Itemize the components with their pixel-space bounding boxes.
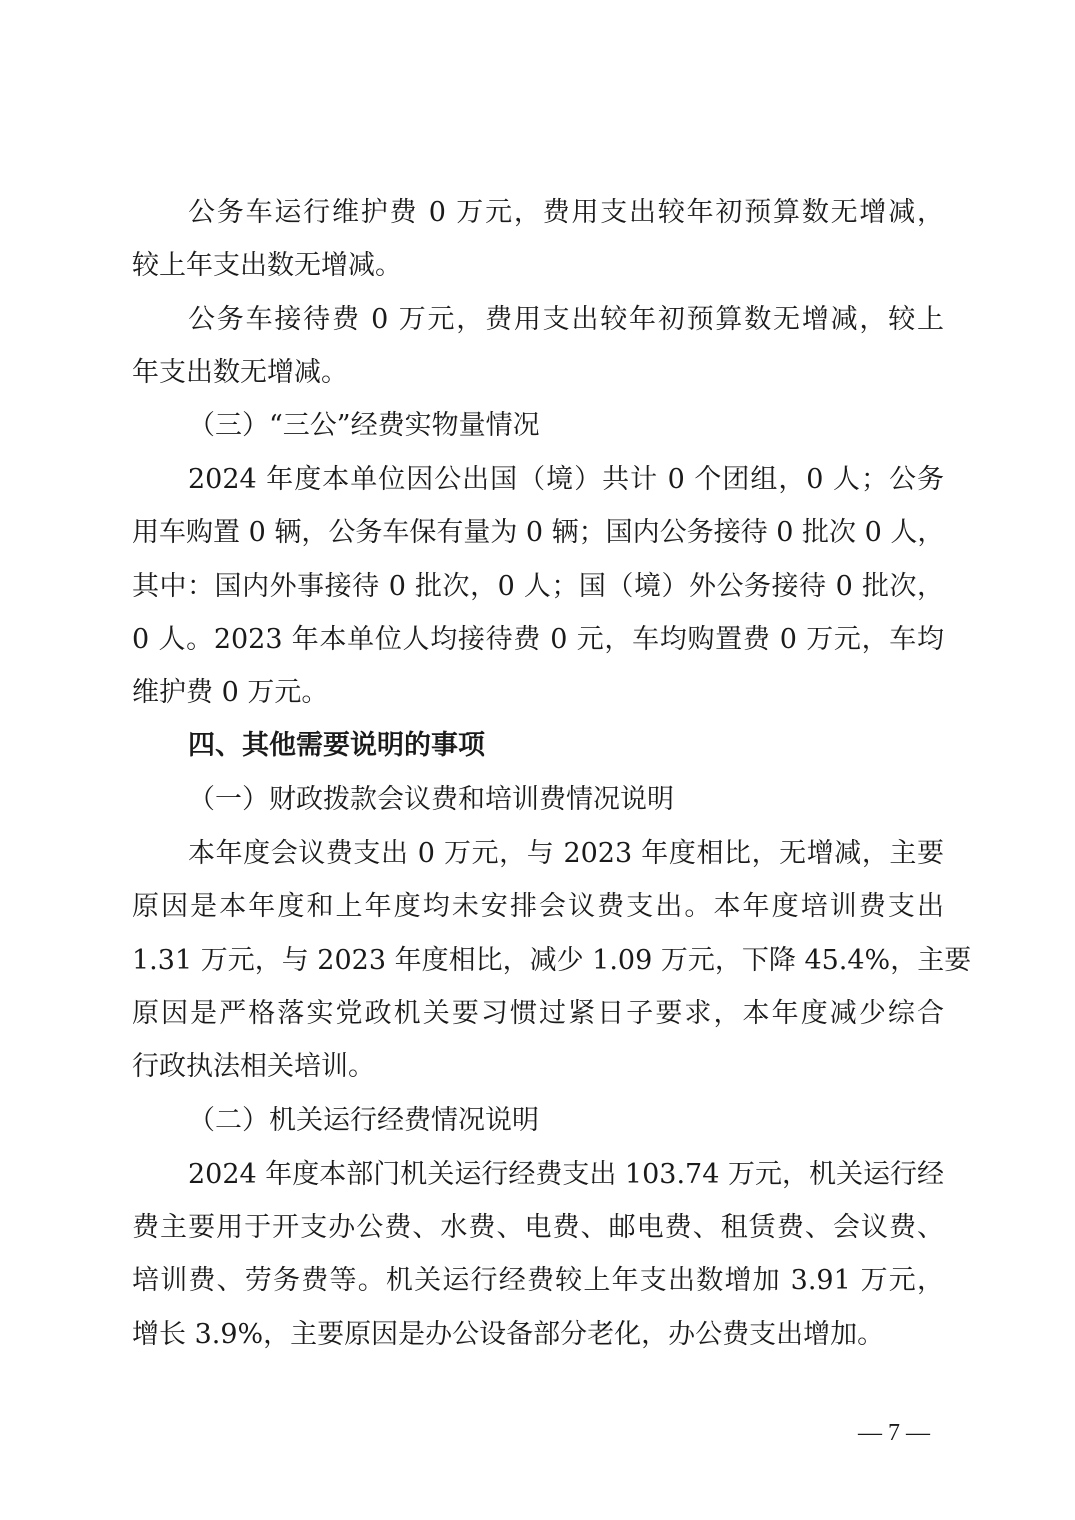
- paragraph-operating-costs-line-2: 费主要用于开支办公费、水费、电费、邮电费、租赁费、会议费、: [132, 1210, 944, 1246]
- page-number: — 7 —: [858, 1418, 930, 1448]
- paragraph-meeting-training-line-2: 原因是本年度和上年度均未安排会议费支出。本年度培训费支出: [132, 889, 944, 925]
- paragraph-physical-quantity-line-5: 维护费 0 万元。: [132, 675, 944, 711]
- paragraph-meeting-training-line-4: 原因是严格落实党政机关要习惯过紧日子要求，本年度减少综合: [132, 996, 944, 1032]
- paragraph-physical-quantity-line-1: 2024 年度本单位因公出国（境）共计 0 个团组，0 人；公务: [188, 462, 944, 498]
- document-page: 公务车运行维护费 0 万元，费用支出较年初预算数无增减， 较上年支出数无增减。 …: [0, 0, 1075, 1520]
- paragraph-meeting-training-line-3: 1.31 万元，与 2023 年度相比，减少 1.09 万元，下降 45.4%，…: [132, 943, 944, 979]
- paragraph-vehicle-reception-line-1: 公务车接待费 0 万元，费用支出较年初预算数无增减，较上: [188, 302, 944, 338]
- paragraph-vehicle-maintenance-line-2: 较上年支出数无增减。: [132, 248, 944, 284]
- subheading-three-public-physical: （三）“三公”经费实物量情况: [188, 408, 944, 444]
- paragraph-operating-costs-line-4: 增长 3.9%，主要原因是办公设备部分老化，办公费支出增加。: [132, 1317, 944, 1353]
- paragraph-operating-costs-line-1: 2024 年度本部门机关运行经费支出 103.74 万元，机关运行经: [188, 1157, 944, 1193]
- paragraph-operating-costs-line-3: 培训费、劳务费等。机关运行经费较上年支出数增加 3.91 万元，: [132, 1263, 944, 1299]
- paragraph-physical-quantity-line-4: 0 人。2023 年本单位人均接待费 0 元，车均购置费 0 万元，车均: [132, 622, 944, 658]
- paragraph-physical-quantity-line-2: 用车购置 0 辆，公务车保有量为 0 辆；国内公务接待 0 批次 0 人，: [132, 515, 944, 551]
- section-heading-other-matters: 四、其他需要说明的事项: [188, 728, 944, 764]
- paragraph-vehicle-maintenance-line-1: 公务车运行维护费 0 万元，费用支出较年初预算数无增减，: [188, 195, 944, 231]
- subheading-meeting-training-fees: （一）财政拨款会议费和培训费情况说明: [188, 782, 944, 818]
- subheading-agency-operating-costs: （二）机关运行经费情况说明: [188, 1103, 944, 1139]
- paragraph-meeting-training-line-5: 行政执法相关培训。: [132, 1049, 944, 1085]
- paragraph-physical-quantity-line-3: 其中：国内外事接待 0 批次，0 人；国（境）外公务接待 0 批次，: [132, 569, 944, 605]
- paragraph-meeting-training-line-1: 本年度会议费支出 0 万元，与 2023 年度相比，无增减，主要: [188, 836, 944, 872]
- paragraph-vehicle-reception-line-2: 年支出数无增减。: [132, 355, 944, 391]
